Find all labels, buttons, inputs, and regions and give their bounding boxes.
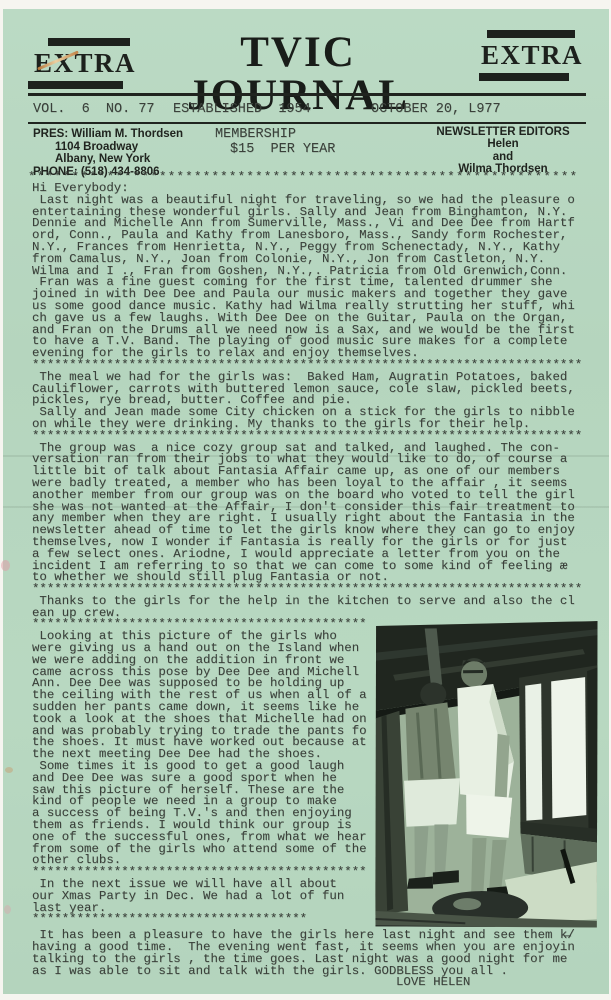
- paragraph-group-talk: The group was a nice cozy group sat and …: [32, 443, 600, 585]
- membership-label: MEMBERSHIP: [215, 128, 335, 143]
- signature: LOVE HELEN: [32, 977, 600, 989]
- fold-crease: [3, 506, 609, 508]
- paper-stain: [1, 560, 10, 571]
- paragraph-next-issue: In the next issue we will have all about…: [32, 879, 370, 914]
- editors-heading: NEWSLETTER EDITORS: [428, 126, 578, 138]
- banner-bar: [487, 30, 575, 38]
- paper-stain: [5, 767, 13, 773]
- issue-date: OCTOBER 20, L977: [371, 104, 501, 116]
- president-name: PRES: William M. Thordsen: [33, 128, 183, 141]
- editors-and: and: [428, 151, 578, 163]
- banner-bar: [28, 81, 123, 89]
- banner-bar: [479, 73, 569, 81]
- masthead-rule-bottom: [28, 122, 586, 124]
- star-divider: *************************************: [32, 914, 370, 926]
- pasted-photo: [373, 621, 602, 931]
- editors-block: NEWSLETTER EDITORS Helen and Wilma Thord…: [428, 126, 578, 175]
- volume-number: VOL. 6 NO. 77: [33, 104, 155, 116]
- paragraph-meal: The meal we had for the girls was: Baked…: [32, 372, 600, 431]
- newsletter-page: EXTRA TVIC JOURNAL EXTRA VOL. 6 NO. 77 E…: [3, 9, 609, 994]
- paper-stain: [4, 905, 11, 914]
- photo-section: Looking at this picture of the girls who…: [32, 631, 600, 930]
- membership-block: MEMBERSHIP $15 PER YEAR: [215, 128, 335, 157]
- paragraph-greeting: Hi Everybody: Last night was a beautiful…: [32, 183, 600, 360]
- paragraph-closing: It has been a pleasure to have the girls…: [32, 930, 600, 977]
- extra-banner-right: EXTRA: [479, 30, 583, 81]
- paragraph-picture-story: Looking at this picture of the girls who…: [32, 631, 370, 761]
- banner-bar: [48, 38, 130, 46]
- photo-caption-column: Looking at this picture of the girls who…: [32, 631, 370, 930]
- scanned-newsletter: { "masthead": { "extra_left": "EXTRA", "…: [0, 0, 611, 1000]
- membership-price: $15 PER YEAR: [215, 143, 335, 158]
- president-address-1: 1104 Broadway: [33, 141, 183, 154]
- established-label: ESTABLISHED 1954: [173, 104, 311, 116]
- fold-crease: [3, 455, 609, 457]
- extra-label: EXTRA: [481, 42, 583, 69]
- masthead-rule-top: [28, 93, 586, 96]
- photo-illustration: [373, 621, 602, 931]
- photo-window: [519, 665, 601, 884]
- editor-name-1: Helen: [428, 138, 578, 150]
- newsletter-body: Hi Everybody: Last night was a beautiful…: [32, 183, 600, 989]
- president-address-2: Albany, New York: [33, 153, 183, 166]
- paragraph-good-sport: Some times it is good to get a good laug…: [32, 761, 370, 867]
- paragraph-thanks: Thanks to the girls for the help in the …: [32, 596, 600, 620]
